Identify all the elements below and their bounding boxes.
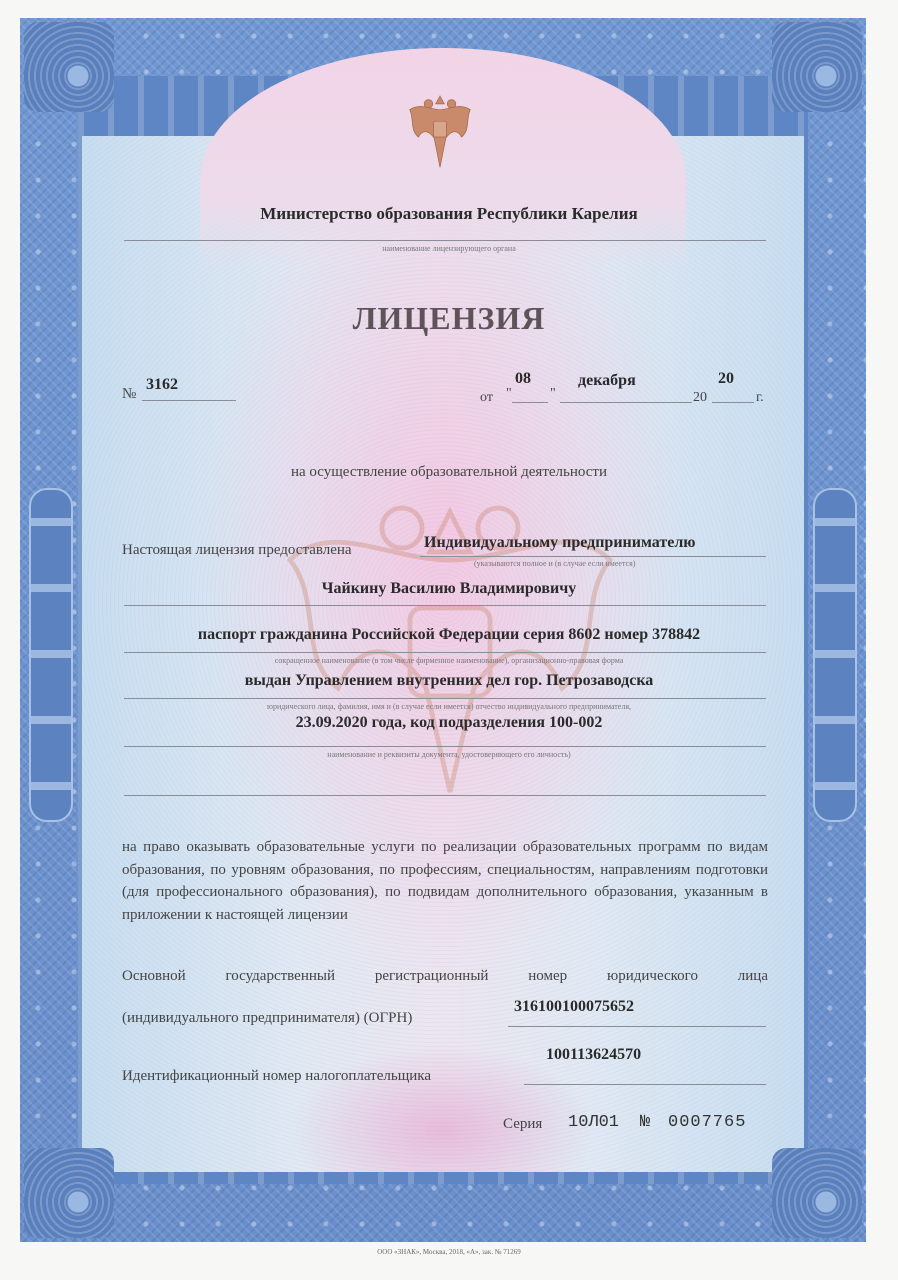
inn-value: 100113624570 <box>546 1046 641 1064</box>
inn-label: Идентификационный номер налогоплательщик… <box>122 1068 431 1085</box>
blank-line <box>124 795 766 796</box>
printer-note: ООО «ЗНАК», Москва, 2018, «А», зак. № 71… <box>0 1248 898 1256</box>
passport-caption: сокращенное наименование (в том числе фи… <box>0 656 898 665</box>
entity-type-caption: (указываются полное и (в случае если име… <box>474 559 635 568</box>
date-year: 20 <box>718 370 734 388</box>
ogrn-line <box>508 1026 766 1027</box>
granted-to-label: Настоящая лицензия предоставлена <box>122 542 352 559</box>
date-month: декабря <box>578 372 636 390</box>
month-line <box>560 402 692 403</box>
date-century: 20 <box>693 390 707 406</box>
passport-issuer: выдан Управлением внутренних дел гор. Пе… <box>0 672 898 690</box>
entity-type: Индивидуальному предпринимателю <box>424 534 696 552</box>
quote-open: " <box>506 386 512 402</box>
ogrn-value: 316100100075652 <box>514 998 634 1016</box>
ogrn-label-line1: Основной государственный регистрационный… <box>122 968 768 985</box>
year-line <box>712 402 754 403</box>
issuer-caption: юридического лица, фамилия, имя и (в слу… <box>0 702 898 711</box>
licensing-authority: Министерство образования Республики Каре… <box>0 204 898 224</box>
holder-name: Чайкину Василию Владимировичу <box>0 580 898 598</box>
inn-line <box>524 1084 766 1085</box>
rights-text: на право оказывать образовательные услуг… <box>122 836 768 926</box>
blank-number: 0007765 <box>668 1113 746 1132</box>
number-line <box>142 400 236 401</box>
passport-issue-date: 23.09.2020 года, код подразделения 100-0… <box>0 714 898 732</box>
date-from-label: от <box>480 390 493 406</box>
year-suffix: г. <box>756 390 764 406</box>
series-label: Серия <box>503 1116 542 1133</box>
passport-details: паспорт гражданина Российской Федерации … <box>0 626 898 644</box>
activity-type: на осуществление образовательной деятель… <box>0 464 898 481</box>
day-line <box>512 402 548 403</box>
issue-date-line <box>124 746 766 747</box>
number-sign: № <box>122 386 136 403</box>
license-number: 3162 <box>146 376 178 394</box>
entity-type-line <box>420 556 766 557</box>
issue-date-caption: наименование и реквизиты документа, удос… <box>0 750 898 759</box>
authority-caption: наименование лицензирующего органа <box>0 244 898 253</box>
issuer-line <box>124 698 766 699</box>
series-value: 10Л01 <box>568 1113 619 1132</box>
blank-number-sign: № <box>640 1113 650 1132</box>
document-title: ЛИЦЕНЗИЯ <box>0 300 898 337</box>
ogrn-label-line2: (индивидуального предпринимателя) (ОГРН) <box>122 1010 412 1027</box>
date-day: 08 <box>515 370 531 388</box>
passport-line <box>124 652 766 653</box>
authority-line <box>124 240 766 241</box>
quote-close: " <box>550 386 556 402</box>
holder-line <box>124 605 766 606</box>
